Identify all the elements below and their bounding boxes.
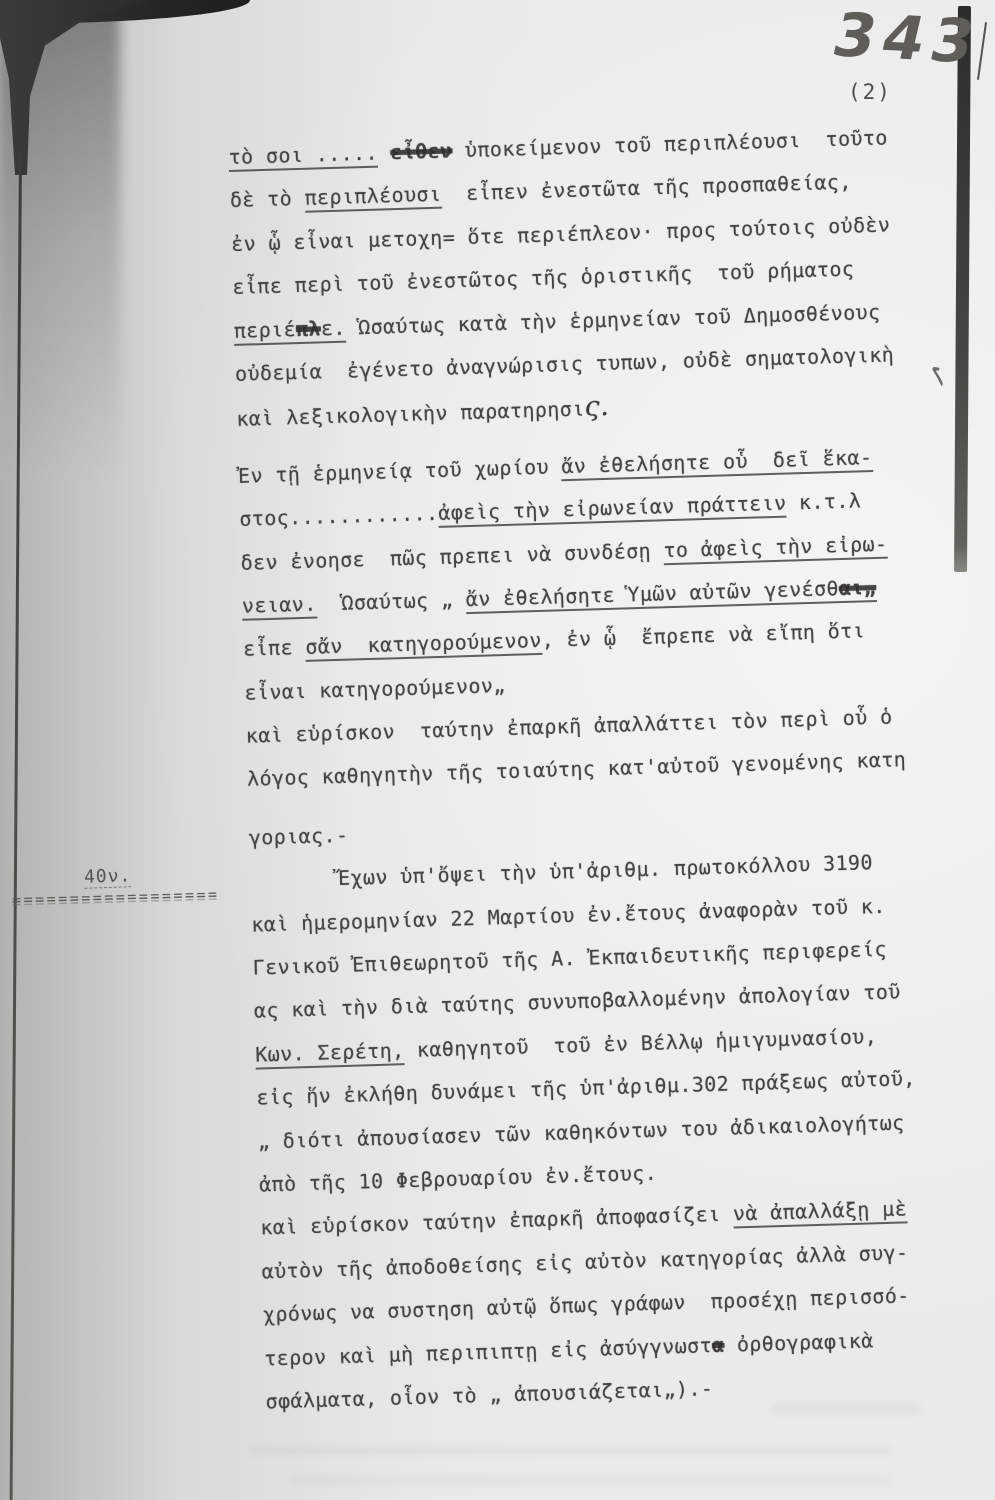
text-segment [377,140,390,164]
text-segment: δεν ἐνοησε πῶς πρεπει νὰ συνδέσῃ [240,538,664,575]
text-segment: αι„ [839,575,877,603]
text-segment: περιπλέουσι [304,182,442,213]
text-segment: σἄν κατηγορούμενον [305,628,542,662]
text-segment: νειαν. [242,591,317,620]
binding-shadow-funnel [0,0,150,175]
ink-smudge [250,1446,890,1455]
handwritten-page-number: 343 [826,1,988,78]
text-segment: ε. [320,315,346,343]
text-segment: στος............ [239,501,439,531]
text-segment: τὸ σοι ..... [228,141,378,172]
margin-note: 40ν. [84,865,132,889]
text-segment: ἀπὸ τῆς 10 Φεβρουαρίου ἐν.ἔτους. [259,1161,658,1197]
text-segment: ἀφεὶς τὴν εἰρωνείαν πράττειν [438,491,787,528]
text-segment: Κων. Σερέτη, [255,1038,405,1069]
scanned-document-page: { "page": { "handwritten_page_number": "… [0,0,995,1500]
text-segment: Ὡσαύτως „ [316,587,466,615]
text-segment: καθηγητοῦ τοῦ ἐν Βέλλῳ ἡμιγυμνασίου, [404,1024,877,1062]
text-segment: εἶπε περὶ τοῦ ἐνεστῶτος τῆς ὁριστικῆς το… [232,257,855,299]
text-segment: τερον καὶ μὴ περιπιπτῃ εἰς ἀσύγγνωστ [264,1333,712,1370]
text-segment: γοριας.- [248,823,348,850]
text-segment: σφάλματα, οἷον τὸ „ ἀπουσιάζεται„).- [265,1376,713,1413]
text-segment: καὶ εὑρίσκον ταύτην ἐπαρκῆ ἀποφασίζει [260,1202,733,1240]
text-segment: , ἐν ᾧ ἔπρεπε νὰ εἴπη ὅτι [541,619,865,653]
text-segment: ἄν ἐθελήσητε Ὑμῶν αὐτῶν γενέσθ [465,576,839,614]
text-segment: εἶπεν ἐνεστῶτα τῆς προσπαθείας, [441,170,852,206]
binding-spine-line [10,150,22,1500]
ink-smudge [290,1476,890,1485]
text-segment: ὑποκείμενον τοῦ περιπλέουσι τοῦτο [452,125,888,162]
text-segment: Ὡσαύτως κατὰ τὴν ἑρμηνείαν τοῦ Δημοσθένο… [345,299,880,339]
text-segment: εἶπε [243,635,306,661]
text-segment: δὲ τὸ [230,186,305,212]
text-segment: ὀρθογραφικὰ [724,1328,874,1356]
text-segment: πλ [296,316,322,344]
typed-page-number: (2) [848,80,892,104]
text-segment: περιέ [233,317,296,346]
text-segment: νὰ ἀπαλλάξῃ μὲ [733,1197,908,1229]
text-segment: ς. [584,391,609,423]
text-segment: Ἔχων ὑπ'ὄψει τὴν ὑπ'ἀριθμ. πρωτοκόλλου 3… [338,850,873,890]
text-segment: καὶ λεξικολογικὴν παρατηρησι [236,397,585,431]
text-segment: εἶθεν [390,138,453,164]
text-segment: α [712,1332,725,1356]
text-segment: ἄν ἐθελήσητε οὗ δεῖ ἕκα- [561,445,873,481]
text-segment: το ἀφεὶς τὴν εἰρω- [663,531,888,565]
document-text: τὸ σοι ..... εἶθεν ὑποκείμενον τοῦ περιπ… [228,114,995,1424]
text-segment: κ.τ.λ [786,489,861,515]
text-segment: Ἐν τῇ ἑρμηνείᾳ τοῦ χωρίου [238,454,562,488]
text-segment: εἶναι κατηγορούμενον„ [244,673,506,705]
margin-divider: ================== [12,885,227,909]
